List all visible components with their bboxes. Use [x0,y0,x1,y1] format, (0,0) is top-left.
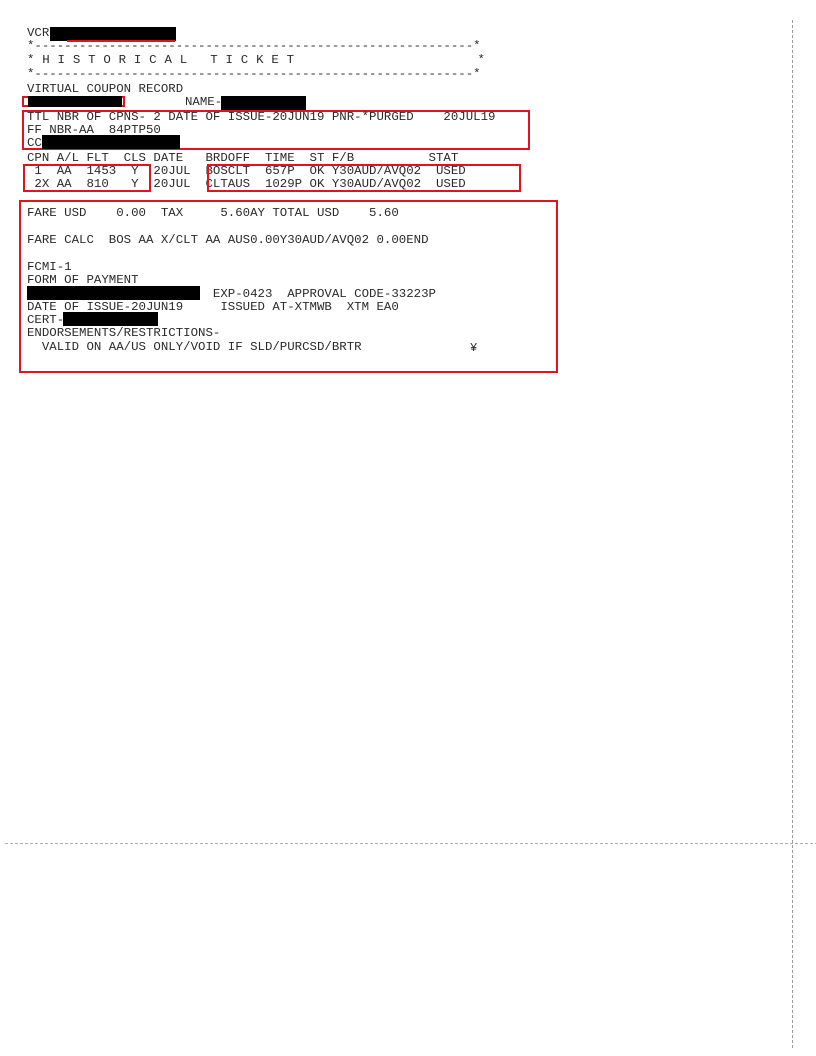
endorsements-text: VALID ON AA/US ONLY/VOID IF SLD/PURCSD/B… [27,341,362,353]
name-label: NAME- [185,96,222,108]
scan-fold-line [5,843,816,844]
redacted-ticket-number [28,96,122,107]
payment-approval-line: EXP-0423 APPROVAL CODE-33223P [27,288,436,300]
form-of-payment-label: FORM OF PAYMENT [27,274,139,286]
redacted-cc-number [42,135,180,149]
cert-label: CERT- [27,314,64,326]
page-title: * H I S T O R I C A L T I C K E T * [27,54,485,66]
endorsements-label: ENDORSEMENTS/RESTRICTIONS- [27,327,220,339]
route-status-highlight [207,164,521,192]
fare-calc-line: FARE CALC BOS AA X/CLT AA AUS0.00Y30AUD/… [27,234,429,246]
ticket-info-line1: TTL NBR OF CPNS- 2 DATE OF ISSUE-20JUN19… [27,111,495,123]
yen-mark: ¥ [470,341,477,355]
flight-number-highlight [23,164,151,192]
border-bottom: *---------------------------------------… [27,68,481,80]
redacted-cert [63,312,158,326]
scan-margin-line [792,20,793,1050]
coupon-table-header: CPN A/L FLT CLS DATE BRDOFF TIME ST F/B … [27,152,458,164]
cc-label: CC [27,137,42,149]
fare-line: FARE USD 0.00 TAX 5.60AY TOTAL USD 5.60 [27,207,399,219]
fcmi-line: FCMI-1 [27,261,72,273]
record-label: VIRTUAL COUPON RECORD [27,83,183,95]
redacted-passenger-name [221,96,306,110]
border-top: *---------------------------------------… [27,40,481,52]
vcr-label: VCR [27,27,49,39]
